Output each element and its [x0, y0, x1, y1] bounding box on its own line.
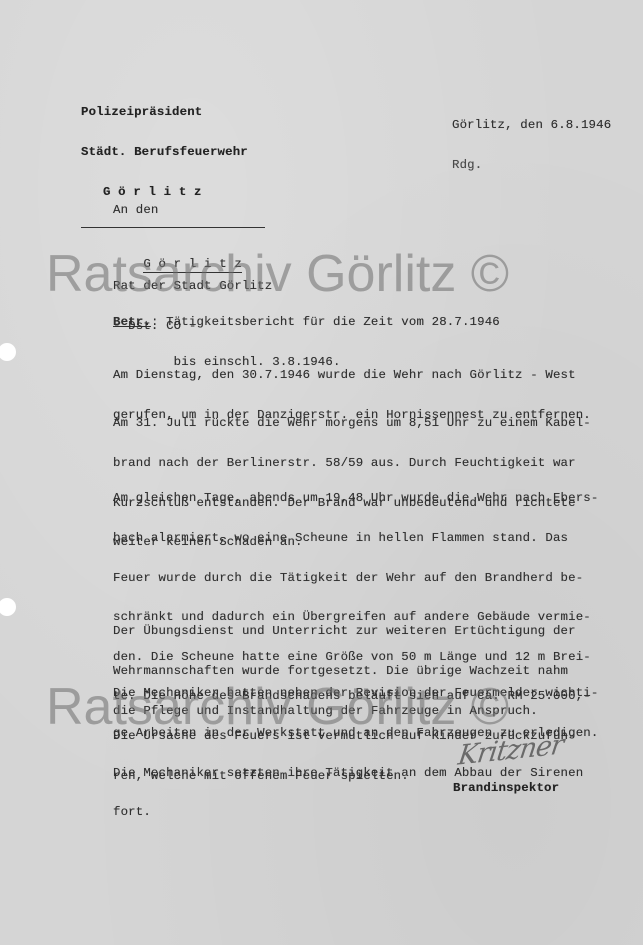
recipient-city: G ö r l i t z	[113, 245, 242, 287]
letterhead-authority: Polizeipräsident	[81, 106, 265, 119]
subject-label: Betr.	[113, 315, 151, 329]
signer-title: Brandinspektor	[453, 782, 559, 795]
place-date-block: Görlitz, den 6.8.1946 Rdg.	[452, 93, 611, 199]
subject-line-1: Tätigkeitsbericht für die Zeit vom 28.7.…	[159, 315, 500, 329]
punch-hole	[0, 598, 16, 616]
paragraph-line: Die Mechaniker hatten neben der Revision…	[113, 687, 598, 700]
recipient-salutation: An den	[113, 204, 272, 217]
paragraph-line: Feuer wurde durch die Tätigkeit der Wehr…	[113, 572, 598, 585]
paragraph-line: Die Mechaniker setzten ihre Tätigkeit an…	[113, 767, 598, 780]
punch-hole	[0, 343, 16, 361]
paragraph-line: Der Übungsdienst und Unterricht zur weit…	[113, 625, 576, 638]
letterhead-department: Städt. Berufsfeuerwehr	[81, 146, 265, 159]
reference-initials: Rdg.	[452, 159, 611, 172]
place-date: Görlitz, den 6.8.1946	[452, 119, 611, 132]
paragraph-line: fort.	[113, 806, 598, 819]
paragraph-line: bach alarmiert, wo eine Scheune in helle…	[113, 532, 598, 545]
paragraph-line: Am gleichen Tage, abends um 19,48 Uhr wu…	[113, 492, 598, 505]
document-page: Polizeipräsident Städt. Berufsfeuerwehr …	[0, 0, 643, 945]
recipient-city-text: G ö r l i t z	[143, 258, 242, 273]
paragraph-line: Am 31. Juli rückte die Wehr morgens um 8…	[113, 417, 591, 430]
paragraph-line: Am Dienstag, den 30.7.1946 wurde die Weh…	[113, 369, 591, 382]
